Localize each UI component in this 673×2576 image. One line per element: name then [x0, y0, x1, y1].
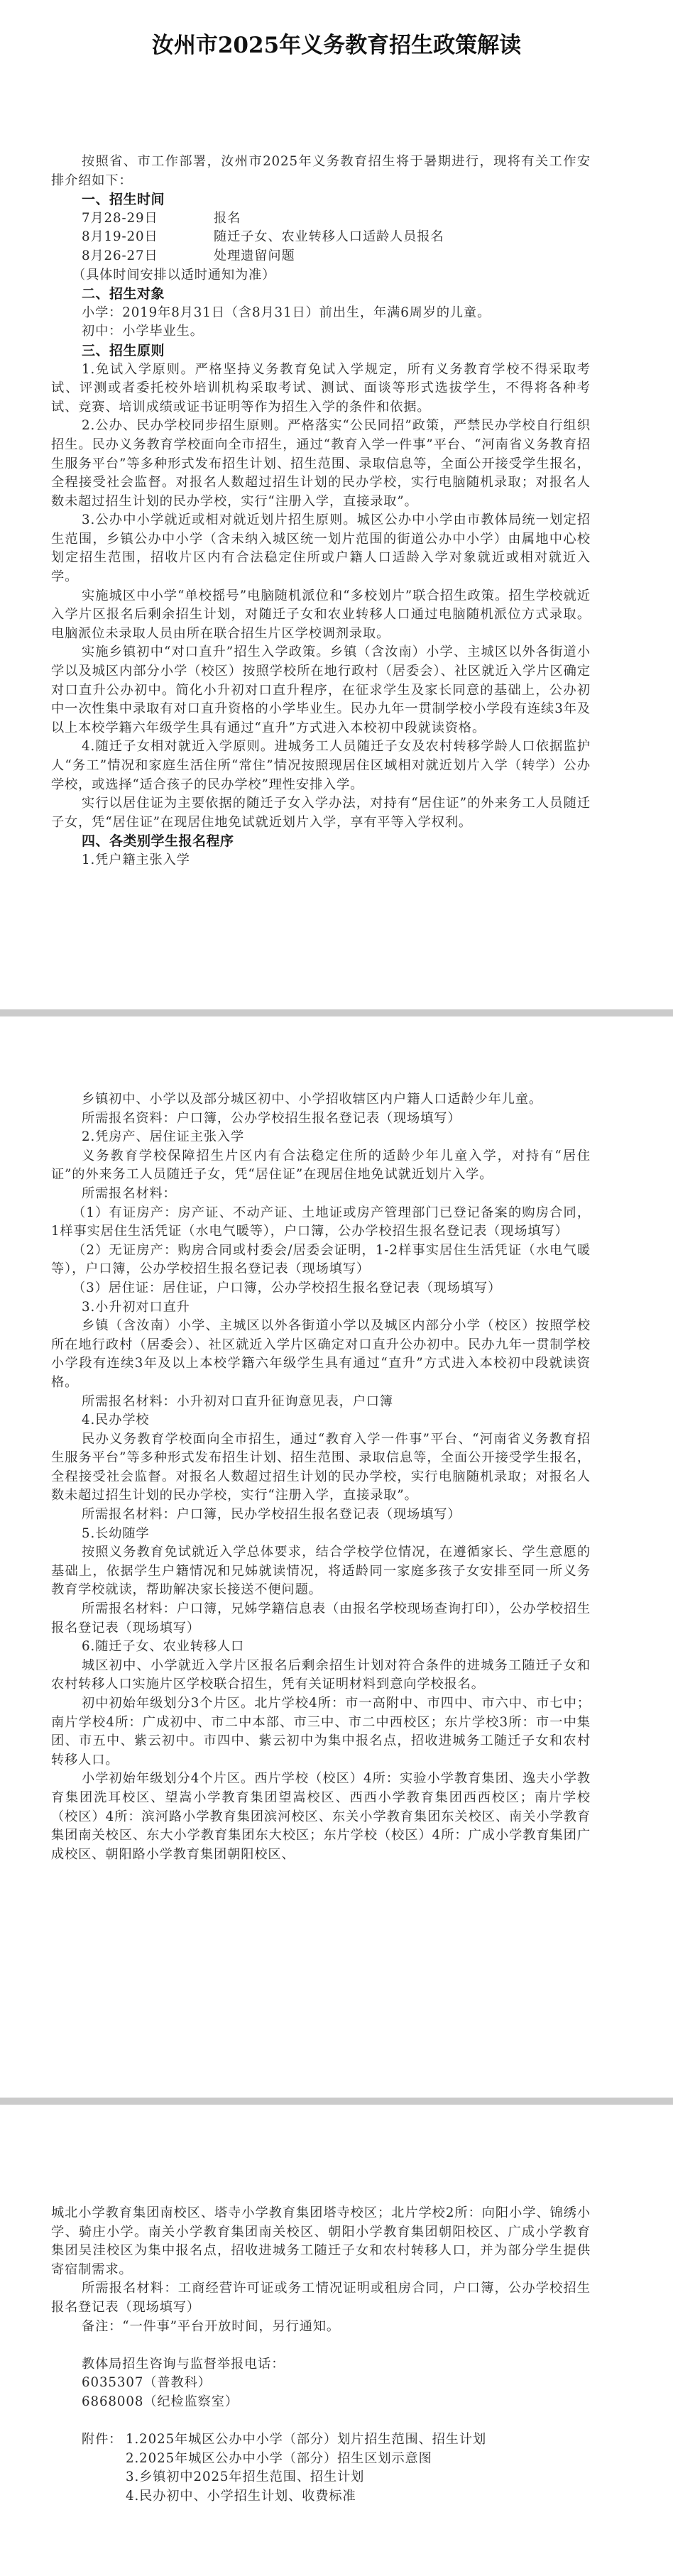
- schedule-event: 报名: [214, 209, 241, 229]
- procedure-1-title: 1.凭户籍主张入学: [51, 851, 591, 870]
- principle-4-residence-permit: 实行以居住证为主要依据的随迁子女入学办法，对持有“居住证”的外来务工人员随迁子女…: [51, 794, 591, 832]
- procedure-2-materials-label: 所需报名材料：: [51, 1185, 591, 1204]
- attachment-item: 1.2025年城区公办中小学（部分）划片招生范围、招生计划: [126, 2430, 591, 2450]
- schedule-date: 8月19-20日: [82, 228, 214, 247]
- schedule-event: 处理遗留问题: [214, 247, 295, 266]
- schedule-date: 8月26-27日: [82, 247, 214, 266]
- procedure-1-desc: 乡镇初中、小学以及部分城区初中、小学招收辖区内户籍人口适龄少年儿童。: [51, 1090, 591, 1109]
- procedure-2-title: 2.凭房产、居住证主张入学: [51, 1128, 591, 1147]
- page-1-body: 按照省、市工作部署，汝州市2025年义务教育招生将于暑期进行，现将有关工作安排介…: [51, 153, 591, 870]
- page-divider: [0, 2098, 673, 2105]
- principle-3: 3.公办中小学就近或相对就近划片招生原则。城区公办中小学由市教体局统一划定招生范…: [51, 511, 591, 586]
- attachment-item: 4.民办初中、小学招生计划、收费标准: [126, 2487, 591, 2506]
- attachments-label: 附件：: [82, 2430, 126, 2506]
- attachments-list: 1.2025年城区公办中小学（部分）划片招生范围、招生计划 2.2025年城区公…: [126, 2430, 591, 2506]
- schedule-note: （具体时间安排以适时通知为准）: [51, 266, 591, 285]
- procedure-5-title: 5.长幼随学: [51, 1525, 591, 1544]
- principle-3-direct-promotion: 实施乡镇初中“对口直升”招生入学政策。乡镇（含汝南）小学、主城区以外各街道小学以…: [51, 643, 591, 738]
- procedure-6-desc: 城区初中、小学就近入学片区报名后剩余招生计划对符合条件的进城务工随迁子女和农村转…: [51, 1657, 591, 1694]
- principle-3-lottery: 实施城区中小学“单校摇号”电脑随机派位和“多校划片”联合招生政策。招生学校就近入…: [51, 587, 591, 644]
- schedule-event: 随迁子女、农业转移人口适龄人员报名: [214, 228, 444, 247]
- attachment-item: 2.2025年城区公办中小学（部分）招生区划示意图: [126, 2450, 591, 2469]
- contact-phone: 6035307（普教科）: [51, 2374, 591, 2393]
- schedule-list: 7月28-29日 报名 8月19-20日 随迁子女、农业转移人口适龄人员报名 8…: [51, 209, 591, 266]
- page-2-body: 乡镇初中、小学以及部分城区初中、小学招收辖区内户籍人口适龄少年儿童。 所需报名资…: [51, 1090, 591, 1864]
- page-2: 乡镇初中、小学以及部分城区初中、小学招收辖区内户籍人口适龄少年儿童。 所需报名资…: [0, 1016, 673, 2098]
- page-3: 城北小学教育集团南校区、塔寺小学教育集团塔寺校区；北片学校2所：向阳小学、锦绣小…: [0, 2105, 673, 2576]
- page-divider: [0, 1009, 673, 1016]
- procedure-3-title: 3.小升初对口直升: [51, 1298, 591, 1317]
- procedure-4-materials: 所需报名材料：户口簿，民办学校招生报名登记表（现场填写）: [51, 1506, 591, 1525]
- page-1: 汝州市2025年义务教育招生政策解读 按照省、市工作部署，汝州市2025年义务教…: [0, 0, 673, 1009]
- principle-1: 1.免试入学原则。严格坚持义务教育免试入学规定，所有义务教育学校不得采取考试、评…: [51, 361, 591, 417]
- procedure-2-desc: 义务教育学校保障招生片区内有合法稳定住所的适龄少年儿童入学，对持有“居住证”的外…: [51, 1147, 591, 1185]
- procedure-2-material-2: （2）无证房产：购房合同或村委会/居委会证明，1-2样事实居住生活凭证（水电气暖…: [51, 1242, 591, 1279]
- attachment-item: 3.乡镇初中2025年招生范围、招生计划: [126, 2468, 591, 2487]
- procedure-6-materials: 所需报名材料：工商经营许可证或务工情况证明或租房合同，户口簿，公办学校招生报名登…: [51, 2279, 591, 2317]
- section-heading-principles: 三、招生原则: [51, 341, 591, 361]
- schedule-row: 8月26-27日 处理遗留问题: [51, 247, 591, 266]
- procedure-6-primary-zones-part2: 城北小学教育集团南校区、塔寺小学教育集团塔寺校区；北片学校2所：向阳小学、锦绣小…: [51, 2204, 591, 2279]
- intro-paragraph: 按照省、市工作部署，汝州市2025年义务教育招生将于暑期进行，现将有关工作安排介…: [51, 153, 591, 190]
- section-heading-procedures: 四、各类别学生报名程序: [51, 832, 591, 851]
- procedure-6-title: 6.随迁子女、农业转移人口: [51, 1638, 591, 1657]
- procedure-2-material-1: （1）有证房产：房产证、不动产证、土地证或房产管理部门已登记备案的购房合同，1样…: [51, 1204, 591, 1242]
- procedure-3-materials: 所需报名材料：小升初对口直升征询意见表，户口簿: [51, 1393, 591, 1412]
- procedure-5-materials: 所需报名材料：户口簿，兄姊学籍信息表（由报名学校现场查询打印），公办学校招生报名…: [51, 1600, 591, 1638]
- schedule-row: 7月28-29日 报名: [51, 209, 591, 229]
- principle-2: 2.公办、民办学校同步招生原则。严格落实“公民同招”政策，严禁民办学校自行组织招…: [51, 417, 591, 511]
- remark: 备注：“一件事”平台开放时间，另行通知。: [51, 2318, 591, 2337]
- attachments: 附件： 1.2025年城区公办中小学（部分）划片招生范围、招生计划 2.2025…: [51, 2430, 591, 2506]
- procedure-4-title: 4.民办学校: [51, 1411, 591, 1430]
- procedure-3-desc: 乡镇（含汝南）小学、主城区以外各街道小学以及城区内部分小学（校区）按照学校所在地…: [51, 1317, 591, 1392]
- contact-phone: 6868008（纪检监察室）: [51, 2393, 591, 2412]
- section-heading-time: 一、招生时间: [51, 190, 591, 209]
- page-3-body: 城北小学教育集团南校区、塔寺小学教育集团塔寺校区；北片学校2所：向阳小学、锦绣小…: [51, 2204, 591, 2506]
- procedure-2-material-3: （3）居住证：居住证，户口簿，公办学校招生报名登记表（现场填写）: [51, 1279, 591, 1298]
- target-primary: 小学：2019年8月31日（含8月31日）前出生，年满6周岁的儿童。: [51, 304, 591, 323]
- procedure-6-primary-zones-part1: 小学初始年级划分4个片区。西片学校（校区）4所：实验小学教育集团、逸夫小学教育集…: [51, 1770, 591, 1864]
- contact-label: 教体局招生咨询与监督举报电话：: [51, 2355, 591, 2374]
- principle-4: 4.随迁子女相对就近入学原则。进城务工人员随迁子女及农村转移学龄人口依据监护人“…: [51, 738, 591, 794]
- procedure-1-materials: 所需报名资料：户口簿，公办学校招生报名登记表（现场填写）: [51, 1109, 591, 1129]
- schedule-row: 8月19-20日 随迁子女、农业转移人口适龄人员报名: [51, 228, 591, 247]
- procedure-5-desc: 按照义务教育免试就近入学总体要求，结合学校学位情况，在遵循家长、学生意愿的基础上…: [51, 1543, 591, 1600]
- section-heading-target: 二、招生对象: [51, 285, 591, 304]
- procedure-6-junior-zones: 初中初始年级划分3个片区。北片学校4所：市一高附中、市四中、市六中、市七中；南片…: [51, 1694, 591, 1770]
- target-junior: 初中：小学毕业生。: [51, 322, 591, 341]
- document-title: 汝州市2025年义务教育招生政策解读: [0, 27, 673, 59]
- procedure-4-desc: 民办义务教育学校面向全市招生，通过“教育入学一件事”平台、“河南省义务教育招生服…: [51, 1430, 591, 1506]
- schedule-date: 7月28-29日: [82, 209, 214, 229]
